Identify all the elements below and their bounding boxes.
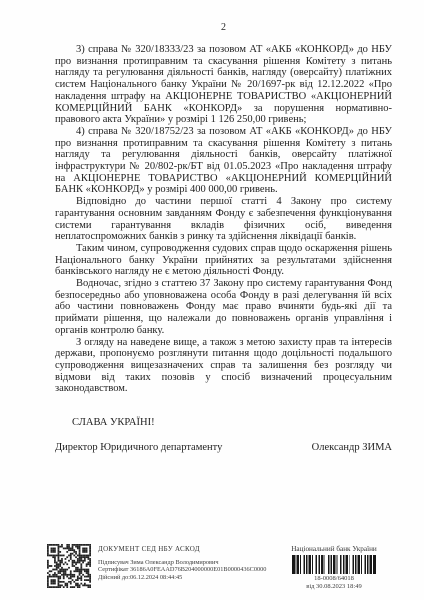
signature-row: Директор Юридичного департаменту Олексан… — [55, 442, 392, 454]
paragraph-case-3: 3) справа № 320/18333/23 за позовом АТ «… — [55, 44, 392, 126]
bank-name: Національний банк України — [286, 545, 382, 553]
qr-code-icon — [47, 543, 91, 589]
document-footer: ДОКУМЕНТ СЕД НБУ АСКОД Підписувач Зима О… — [0, 543, 424, 597]
registration-stamp: Національний банк України 18-0008/64018 … — [286, 545, 382, 591]
slogan: СЛАВА УКРАЇНІ! — [55, 417, 392, 429]
barcode-icon — [292, 555, 376, 574]
signature-position: Директор Юридичного департаменту — [55, 442, 222, 454]
signer-line: Підписувач Зима Олександр Володимирович — [98, 559, 284, 566]
paragraph-case-4: 4) справа № 320/18752/23 за позовом АТ «… — [55, 126, 392, 196]
certificate-line: Сертифікат 36186A0FEAAD76B204000000E01B0… — [98, 566, 284, 573]
sed-system-title: ДОКУМЕНТ СЕД НБУ АСКОД — [98, 545, 284, 553]
paragraph-conclusion-fund: Таким чином, супроводження судових справ… — [55, 243, 392, 278]
paragraph-law-article-4: Відповідно до частини першої статті 4 За… — [55, 196, 392, 243]
registration-date: від 30.08.2023 18:49 — [286, 583, 382, 591]
paragraph-proposal: З огляду на наведене вище, а також з мет… — [55, 337, 392, 396]
document-page: 2 3) справа № 320/18333/23 за позовом АТ… — [0, 0, 424, 600]
signature-name: Олександр ЗИМА — [312, 442, 392, 454]
validity-line: Дійсний до:06.12.2024 08:44:45 — [98, 574, 284, 581]
paragraph-law-article-37: Водночас, згідно з статтею 37 Закону про… — [55, 278, 392, 337]
digital-signature-stamp: ДОКУМЕНТ СЕД НБУ АСКОД Підписувач Зима О… — [98, 545, 284, 581]
registration-number: 18-0008/64018 — [286, 575, 382, 583]
page-number: 2 — [55, 22, 392, 33]
letter-body: 3) справа № 320/18333/23 за позовом АТ «… — [55, 44, 392, 454]
